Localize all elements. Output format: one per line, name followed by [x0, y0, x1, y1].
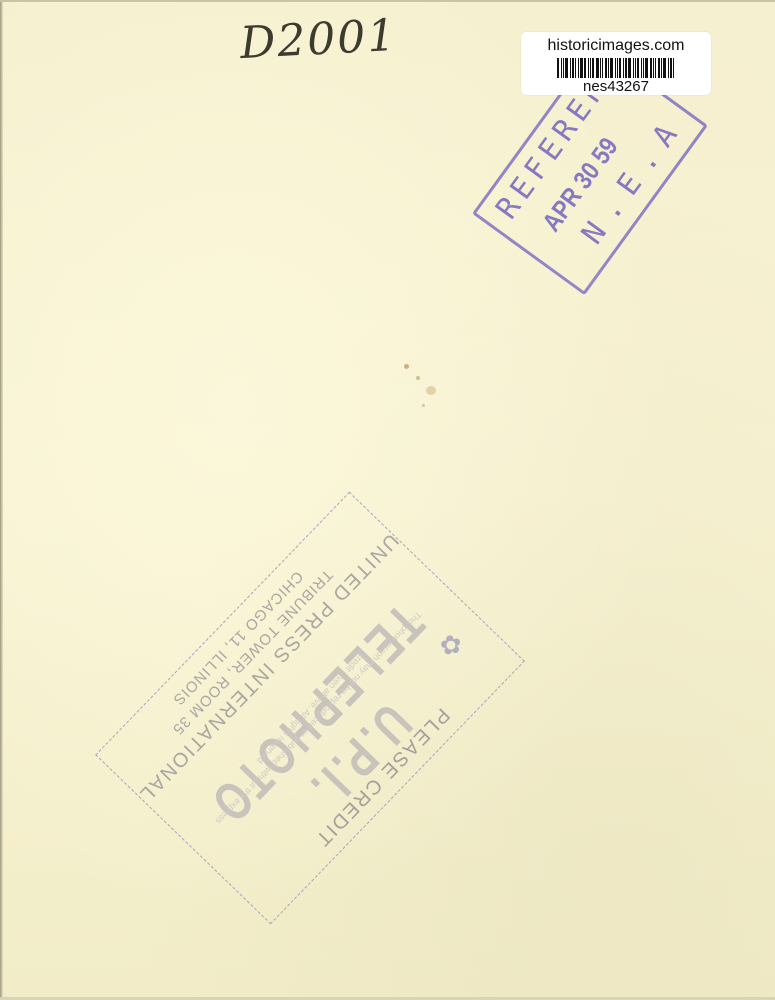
paper-left-edge	[0, 0, 3, 1000]
paper-top-edge	[0, 0, 775, 2]
handwritten-note: D2001	[239, 10, 399, 69]
label-code: nes43267	[521, 79, 711, 95]
stain-spot	[404, 364, 409, 369]
stain-spot	[416, 376, 420, 380]
stain-spot	[422, 404, 425, 407]
barcode-icon	[550, 58, 682, 78]
archive-label: historicimages.com nes43267	[521, 32, 711, 95]
stain-spot	[426, 386, 436, 395]
label-site: historicimages.com	[521, 37, 711, 55]
